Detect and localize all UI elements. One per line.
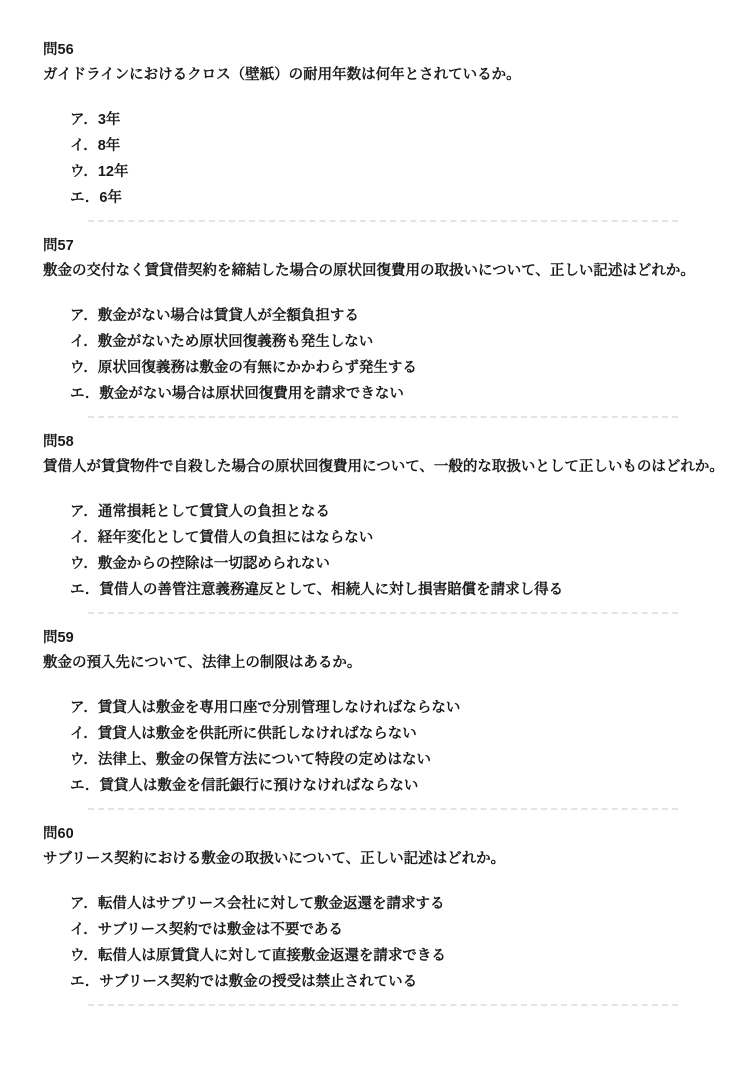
option-a: ア．賃貸人は敷金を専用口座で分別管理しなければならない [70, 695, 685, 721]
option-e: エ．サブリース契約では敷金の授受は禁止されている [70, 969, 685, 995]
options-list: ア．3年 イ．8年 ウ．12年 エ．6年 [70, 107, 685, 211]
option-a: ア．敷金がない場合は賃貸人が全額負担する [70, 303, 685, 329]
question-block-56: 問56 ガイドラインにおけるクロス（壁紙）の耐用年数は何年とされているか。 ア．… [43, 40, 685, 222]
options-list: ア．通常損耗として賃貸人の負担となる イ．経年変化として賃借人の負担にはならない… [70, 499, 685, 603]
options-list: ア．賃貸人は敷金を専用口座で分別管理しなければならない イ．賃貸人は敷金を供託所… [70, 695, 685, 799]
question-divider [88, 612, 678, 614]
question-block-60: 問60 サブリース契約における敷金の取扱いについて、正しい記述はどれか。 ア．転… [43, 824, 685, 1006]
option-u: ウ．原状回復義務は敷金の有無にかかわらず発生する [70, 355, 685, 381]
option-a: ア．通常損耗として賃貸人の負担となる [70, 499, 685, 525]
question-number: 問57 [43, 236, 685, 256]
option-e: エ．6年 [70, 185, 685, 211]
question-number: 問60 [43, 824, 685, 844]
question-block-57: 問57 敷金の交付なく賃貸借契約を締結した場合の原状回復費用の取扱いについて、正… [43, 236, 685, 418]
option-i: イ．8年 [70, 133, 685, 159]
question-text: ガイドラインにおけるクロス（壁紙）の耐用年数は何年とされているか。 [43, 65, 685, 85]
question-block-59: 問59 敷金の預入先について、法律上の制限はあるか。 ア．賃貸人は敷金を専用口座… [43, 628, 685, 810]
question-text: サブリース契約における敷金の取扱いについて、正しい記述はどれか。 [43, 849, 685, 869]
question-text: 敷金の預入先について、法律上の制限はあるか。 [43, 653, 685, 673]
question-number: 問56 [43, 40, 685, 60]
option-i: イ．賃貸人は敷金を供託所に供託しなければならない [70, 721, 685, 747]
options-list: ア．転借人はサブリース会社に対して敷金返還を請求する イ．サブリース契約では敷金… [70, 891, 685, 995]
option-a: ア．3年 [70, 107, 685, 133]
exam-page: 問56 ガイドラインにおけるクロス（壁紙）の耐用年数は何年とされているか。 ア．… [0, 0, 745, 1006]
question-text: 賃借人が賃貸物件で自殺した場合の原状回復費用について、一般的な取扱いとして正しい… [43, 457, 685, 477]
question-text: 敷金の交付なく賃貸借契約を締結した場合の原状回復費用の取扱いについて、正しい記述… [43, 261, 685, 281]
option-e: エ．敷金がない場合は原状回復費用を請求できない [70, 381, 685, 407]
option-e: エ．賃借人の善管注意義務違反として、相続人に対し損害賠償を請求し得る [70, 577, 685, 603]
question-divider [88, 808, 678, 810]
question-number: 問58 [43, 432, 685, 452]
question-divider [88, 1004, 678, 1006]
option-a: ア．転借人はサブリース会社に対して敷金返還を請求する [70, 891, 685, 917]
option-u: ウ．転借人は原賃貸人に対して直接敷金返還を請求できる [70, 943, 685, 969]
option-u: ウ．12年 [70, 159, 685, 185]
option-i: イ．敷金がないため原状回復義務も発生しない [70, 329, 685, 355]
option-i: イ．経年変化として賃借人の負担にはならない [70, 525, 685, 551]
question-divider [88, 416, 678, 418]
question-number: 問59 [43, 628, 685, 648]
question-block-58: 問58 賃借人が賃貸物件で自殺した場合の原状回復費用について、一般的な取扱いとし… [43, 432, 685, 614]
option-e: エ．賃貸人は敷金を信託銀行に預けなければならない [70, 773, 685, 799]
option-u: ウ．敷金からの控除は一切認められない [70, 551, 685, 577]
question-divider [88, 220, 678, 222]
exam-document: { "colors": { "background": "#ffffff", "… [0, 0, 745, 1080]
option-u: ウ．法律上、敷金の保管方法について特段の定めはない [70, 747, 685, 773]
option-i: イ．サブリース契約では敷金は不要である [70, 917, 685, 943]
options-list: ア．敷金がない場合は賃貸人が全額負担する イ．敷金がないため原状回復義務も発生し… [70, 303, 685, 407]
